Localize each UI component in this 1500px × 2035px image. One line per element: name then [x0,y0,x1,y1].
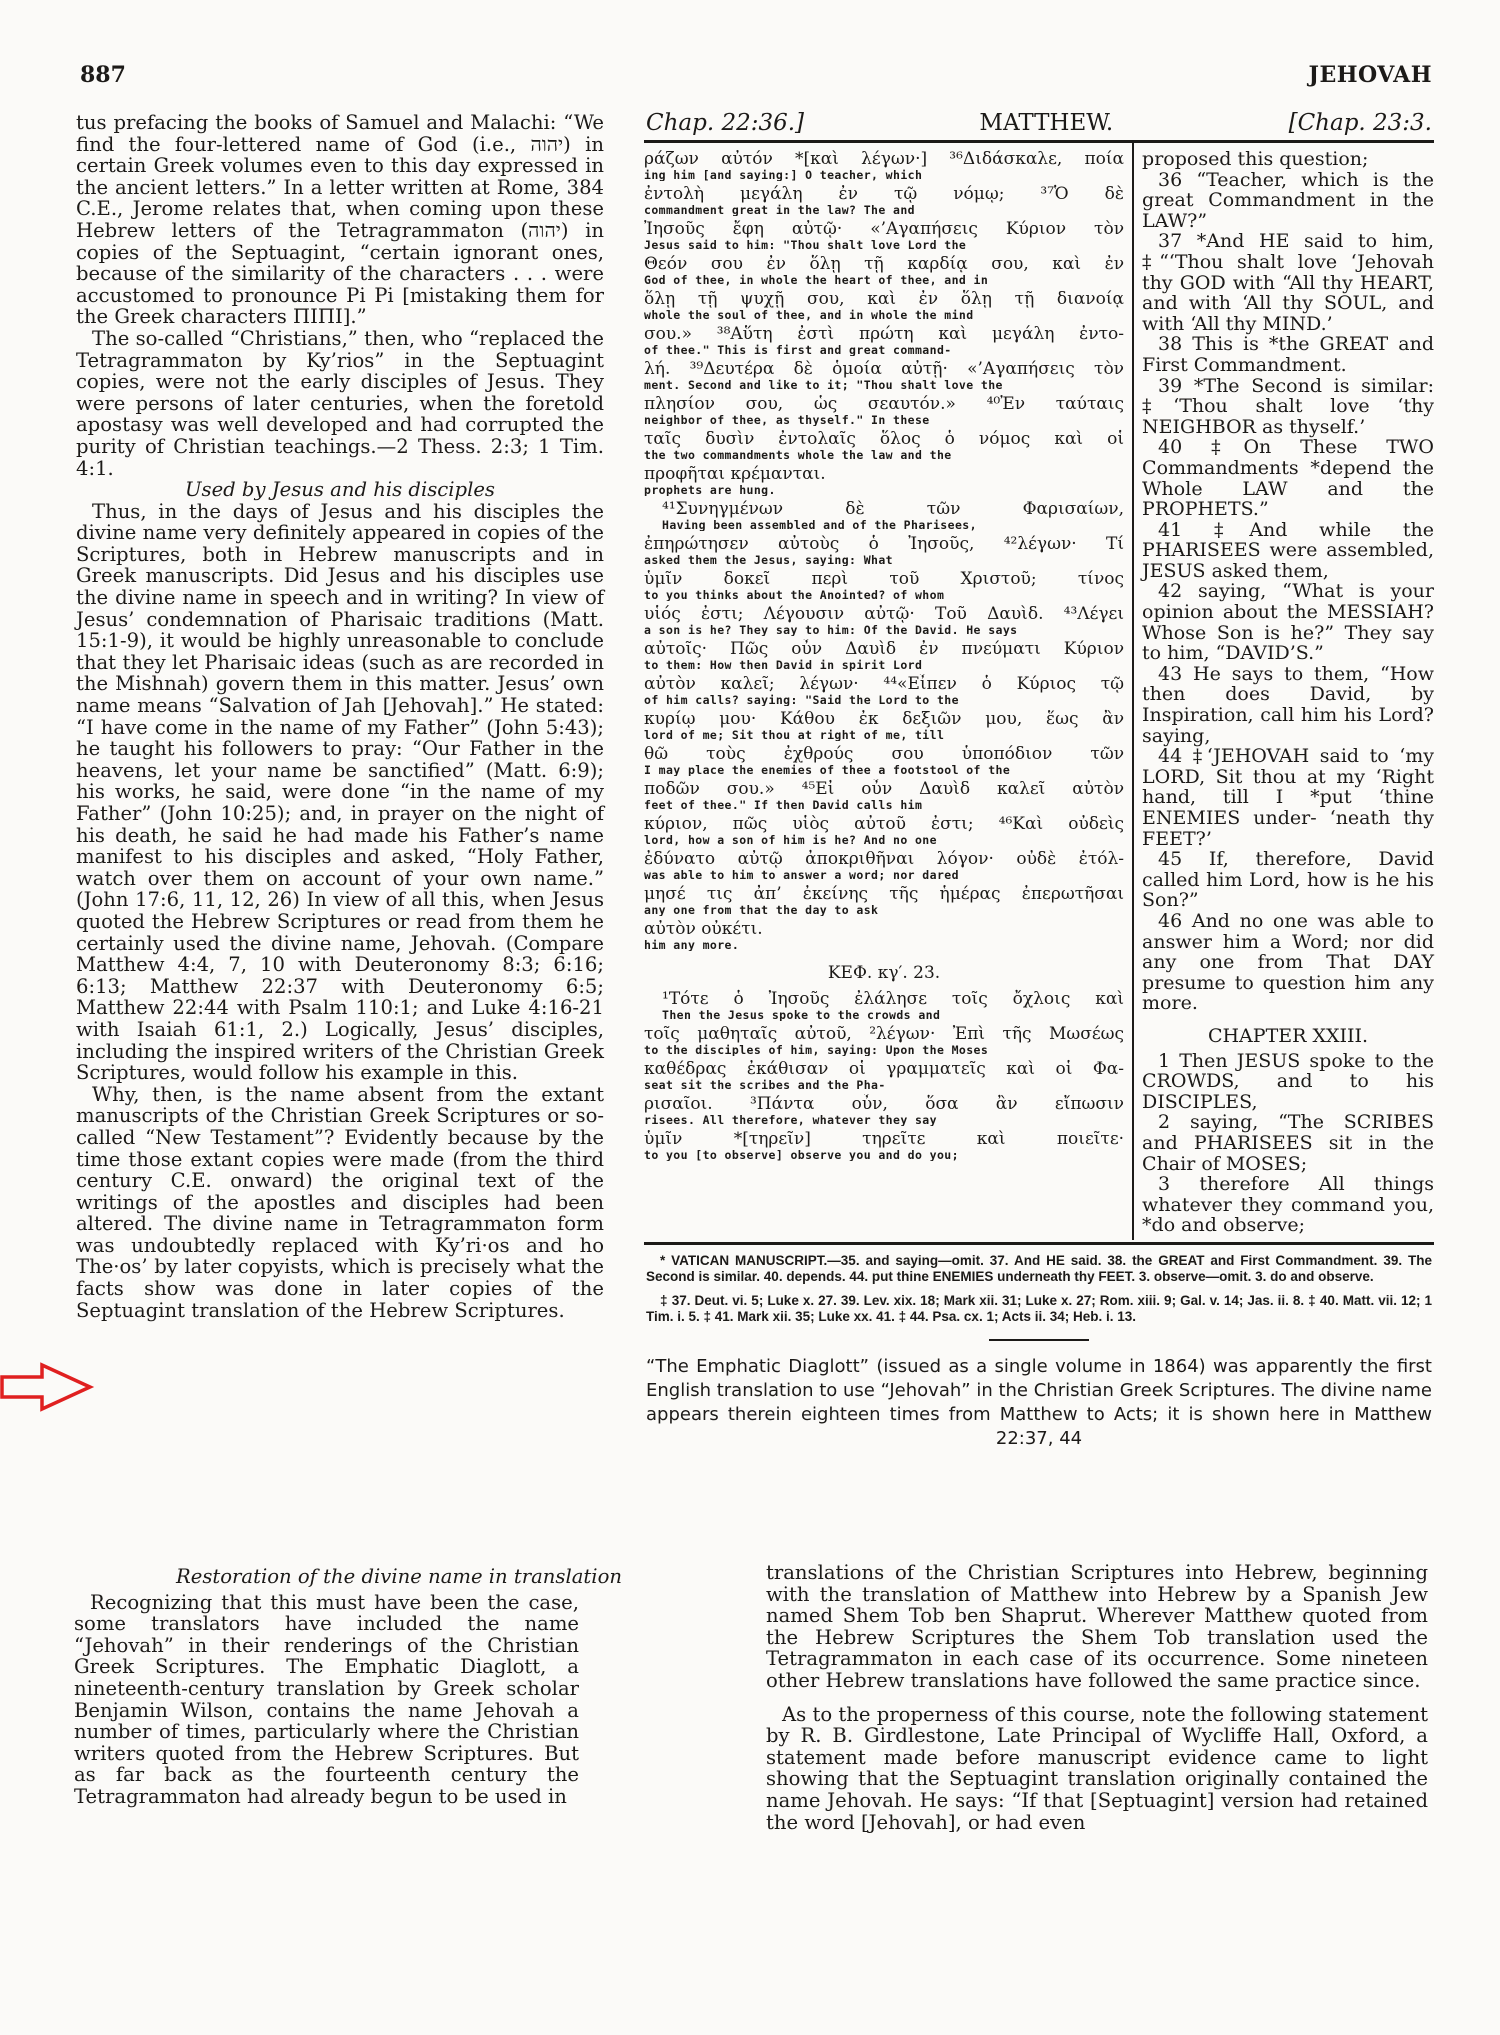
literal-translation: to you thinks about the Anointed? of who… [644,589,1124,601]
verse: 37 *And HE said to him, ‡“‘Thou shalt lo… [1142,231,1434,334]
greek-text: κυρίῳ μου· Κάθου ἐκ δεξιῶν μου, ἕως ἂν [644,709,1124,729]
greek-text: αὐτοῖς· Πῶς οὖν Δαυὶδ ἐν πνεύματι Κύριον [644,639,1124,659]
greek-text: ἐπηρώτησεν αὐτοὺς ὁ Ἰησοῦς, ⁴²λέγων· Τί [644,534,1124,554]
paragraph: The so-called “Christians,” then, who “r… [76,328,604,479]
literal-translation: him any more. [644,939,1124,951]
interlinear-line: προφῆται κρέμανται.prophets are hung. [644,464,1124,496]
interlinear-line: καθέδρας ἐκάθισαν οἱ γραμματεῖς καὶ οἱ Φ… [644,1059,1124,1091]
left-column-bottom: Restoration of the divine name in transl… [74,1566,724,1808]
literal-translation: to the disciples of him, saying: Upon th… [644,1044,1124,1056]
greek-text: ὅλῃ τῇ ψυχῇ σου, καὶ ἐν ὅλῃ τῇ διανοίᾳ [644,289,1124,309]
greek-text: ὑμῖν δοκεῖ περὶ τοῦ Χριστοῦ; τίνος [644,569,1124,589]
interlinear-line: ποδῶν σου.» ⁴⁵Εἰ οὖν Δαυὶδ καλεῖ αὐτὸνfe… [644,779,1124,811]
verse: 41 ‡And while the PHARISEES were assembl… [1142,520,1434,582]
literal-translation: risees. All therefore, whatever they say [644,1114,1124,1126]
interlinear-line: ὑμῖν *[τηρεῖν] τηρεῖτε καὶ ποιεῖτε·to yo… [644,1129,1124,1161]
chapter-ref-left: Chap. 22:36.] [646,110,804,136]
running-head: JEHOVAH [1309,62,1432,88]
section-subheading: Used by Jesus and his disciples [76,479,604,501]
interlinear-line: ταῖς δυσὶν ἐντολαῖς ὅλος ὁ νόμος καὶ οἱt… [644,429,1124,461]
interlinear-line: Θεόν σου ἐν ὅλῃ τῇ καρδίᾳ σου, καὶ ἐνGod… [644,254,1124,286]
literal-translation: any one from that the day to ask [644,904,1124,916]
greek-text: θῶ τοὺς ἐχθρούς σου ὑποπόδιον τῶν [644,744,1124,764]
greek-text: προφῆται κρέμανται. [644,464,1124,484]
literal-translation: seat sit the scribes and the Pha- [644,1079,1124,1091]
greek-text: λή. ³⁹Δευτέρα δὲ ὁμοία αὐτῇ· «’Αγαπήσεις… [644,359,1124,379]
interlinear-column: ράζων αὐτόν *[καὶ λέγων·] ³⁶Διδάσκαλε, π… [644,143,1134,1240]
literal-translation: God of thee, in whole the heart of thee,… [644,274,1124,286]
interlinear-line: ἐδύνατο αὐτῷ ἀποκριθῆναι λόγον· οὐδὲ ἐτό… [644,849,1124,881]
greek-text: ὑμῖν *[τηρεῖν] τηρεῖτε καὶ ποιεῖτε· [644,1129,1124,1149]
greek-text: αὐτὸν καλεῖ; λέγων· ⁴⁴«Εἶπεν ὁ Κύριος τῷ [644,674,1124,694]
literal-translation: was able to him to answer a word; nor da… [644,869,1124,881]
greek-text: ποδῶν σου.» ⁴⁵Εἰ οὖν Δαυὶδ καλεῖ αὐτὸν [644,779,1124,799]
greek-text: υἱός ἐστι; Λέγουσιν αὐτῷ· Τοῦ Δαυὶδ. ⁴³Λ… [644,604,1124,624]
interlinear-line: ἐπηρώτησεν αὐτοὺς ὁ Ἰησοῦς, ⁴²λέγων· Τίa… [644,534,1124,566]
interlinear-line: ἐντολὴ μεγάλη ἐν τῷ νόμῳ; ³⁷Ὁ δὲcommandm… [644,184,1124,216]
diaglott-header: Chap. 22:36.] MATTHEW. [Chap. 23:3. [644,110,1434,143]
literal-translation: of him calls? saying: "Said the Lord to … [644,694,1124,706]
interlinear-line: ρισαῖοι. ³Πάντα οὖν, ὅσα ἂν εἴπωσινrisee… [644,1094,1124,1126]
interlinear-line: πλησίον σου, ὡς σεαυτόν.» ⁴⁰Ἐν ταύταιςne… [644,394,1124,426]
interlinear-line: κύριον, πῶς υἱὸς αὐτοῦ ἐστι; ⁴⁶Καὶ οὐδεὶ… [644,814,1124,846]
verse: 44 ‡‘JEHOVAH said to ‘my LORD, Sit thou … [1142,746,1434,849]
verse: 46 And no one was able to answer him a W… [1142,911,1434,1014]
literal-translation: of thee." This is first and great comman… [644,344,1124,356]
literal-translation: Jesus said to him: "Thou shalt love Lord… [644,239,1124,251]
literal-translation: I may place the enemies of thee a footst… [644,764,1124,776]
interlinear-line: τοῖς μαθηταῖς αὐτοῦ, ²λέγων· Ἐπὶ τῆς Μωσ… [644,1024,1124,1056]
chapter-heading: CHAPTER XXIII. [1142,1026,1434,1047]
literal-translation: prophets are hung. [644,484,1124,496]
verse: 39 *The Second is similar: ‡‘Thou shalt … [1142,376,1434,438]
literal-translation: whole the soul of thee, and in whole the… [644,309,1124,321]
footnotes: * VATICAN MANUSCRIPT.—35. and saying—omi… [644,1242,1434,1325]
greek-text: αὐτὸν οὐκέτι. [644,919,1124,939]
literal-translation: feet of thee." If then David calls him [644,799,1124,811]
interlinear-line: ⁴¹Συνηγμένων δὲ τῶν Φαρισαίων,Having bee… [644,499,1124,531]
verse: 40 ‡On These TWO Commandments *depend th… [1142,437,1434,519]
verse: 45 If, therefore, David called him Lord,… [1142,849,1434,911]
left-column: tus prefacing the books of Samuel and Ma… [76,112,604,1321]
verse: 3 therefore All things whatever they com… [1142,1174,1434,1236]
greek-text: Ἰησοῦς ἔφη αὐτῷ· «’Αγαπήσεις Κύριον τὸν [644,219,1124,239]
interlinear-line: αὐτὸν οὐκέτι.him any more. [644,919,1124,951]
highlighted-paragraph: Why, then, is the name absent from the e… [76,1084,604,1322]
literal-translation: to them: How then David in spirit Lord [644,659,1124,671]
english-column: proposed this question;36 “Teacher, whic… [1134,143,1434,1240]
interlinear-line: λή. ³⁹Δευτέρα δὲ ὁμοία αὐτῇ· «’Αγαπήσεις… [644,359,1124,391]
interlinear-line: μησέ τις ἀπ’ ἐκείνης τῆς ἡμέρας ἐπερωτῆσ… [644,884,1124,916]
greek-text: ράζων αὐτόν *[καὶ λέγων·] ³⁶Διδάσκαλε, π… [644,149,1124,169]
red-arrow-icon [0,1362,96,1412]
literal-translation: Having been assembled and of the Pharise… [644,519,1124,531]
literal-translation: neighbor of thee, as thyself." In these [644,414,1124,426]
literal-translation: the two commandments whole the law and t… [644,449,1124,461]
image-caption: “The Emphatic Diaglott” (issued as a sin… [644,1355,1434,1451]
greek-text: κύριον, πῶς υἱὸς αὐτοῦ ἐστι; ⁴⁶Καὶ οὐδεὶ… [644,814,1124,834]
literal-translation: to you [to observe] observe you and do y… [644,1149,1124,1161]
interlinear-line: ¹Τότε ὁ Ἰησοῦς ἐλάλησε τοῖς ὄχλοις καὶTh… [644,989,1124,1021]
greek-text: πλησίον σου, ὡς σεαυτόν.» ⁴⁰Ἐν ταύταις [644,394,1124,414]
literal-translation: Then the Jesus spoke to the crowds and [644,1009,1124,1021]
literal-translation: lord of me; Sit thou at right of me, til… [644,729,1124,741]
interlinear-line: Ἰησοῦς ἔφη αὐτῷ· «’Αγαπήσεις Κύριον τὸνJ… [644,219,1124,251]
chapter-ref-right: [Chap. 23:3. [1289,110,1432,136]
paragraph: translations of the Christian Scriptures… [766,1562,1428,1692]
paragraph: tus prefacing the books of Samuel and Ma… [76,112,604,328]
verse: 36 “Teacher, which is the great Commandm… [1142,170,1434,232]
section-subheading: Restoration of the divine name in transl… [74,1566,724,1588]
greek-text: ἐντολὴ μεγάλη ἐν τῷ νόμῳ; ³⁷Ὁ δὲ [644,184,1124,204]
footnote-references: ‡ 37. Deut. vi. 5; Luke x. 27. 39. Lev. … [646,1293,1432,1325]
greek-chapter-heading: ΚΕΦ. κγ′. 23. [644,963,1124,983]
paragraph: Thus, in the days of Jesus and his disci… [76,501,604,1084]
literal-translation: lord, how a son of him is he? And no one [644,834,1124,846]
greek-text: ρισαῖοι. ³Πάντα οὖν, ὅσα ἂν εἴπωσιν [644,1094,1124,1114]
literal-translation: a son is he? They say to him: Of the Dav… [644,624,1124,636]
greek-text: ταῖς δυσὶν ἐντολαῖς ὅλος ὁ νόμος καὶ οἱ [644,429,1124,449]
interlinear-line: αὐτὸν καλεῖ; λέγων· ⁴⁴«Εἶπεν ὁ Κύριος τῷ… [644,674,1124,706]
footnote-vatican: * VATICAN MANUSCRIPT.—35. and saying—omi… [646,1253,1432,1285]
verse: 2 saying, “The SCRIBES and PHARISEES sit… [1142,1112,1434,1174]
paragraph: Recognizing that this must have been the… [74,1592,579,1808]
right-column: translations of the Christian Scriptures… [766,1562,1428,1845]
interlinear-line: ὅλῃ τῇ ψυχῇ σου, καὶ ἐν ὅλῃ τῇ διανοίᾳwh… [644,289,1124,321]
greek-text: ⁴¹Συνηγμένων δὲ τῶν Φαρισαίων, [644,499,1124,519]
page-number: 887 [80,62,126,88]
verse: 43 He says to them, “How then does David… [1142,664,1434,746]
greek-text: Θεόν σου ἐν ὅλῃ τῇ καρδίᾳ σου, καὶ ἐν [644,254,1124,274]
literal-translation: commandment great in the law? The and [644,204,1124,216]
verse: 38 This is *the GREAT and First Commandm… [1142,334,1434,375]
greek-text: καθέδρας ἐκάθισαν οἱ γραμματεῖς καὶ οἱ Φ… [644,1059,1124,1079]
interlinear-line: υἱός ἐστι; Λέγουσιν αὐτῷ· Τοῦ Δαυὶδ. ⁴³Λ… [644,604,1124,636]
paragraph: As to the properness of this course, not… [766,1704,1428,1834]
interlinear-line: ὑμῖν δοκεῖ περὶ τοῦ Χριστοῦ; τίνοςto you… [644,569,1124,601]
interlinear-line: αὐτοῖς· Πῶς οὖν Δαυὶδ ἐν πνεύματι Κύριον… [644,639,1124,671]
literal-translation: ment. Second and like to it; "Thou shalt… [644,379,1124,391]
book-title: MATTHEW. [979,110,1113,136]
interlinear-line: κυρίῳ μου· Κάθου ἐκ δεξιῶν μου, ἕως ἂνlo… [644,709,1124,741]
greek-text: ¹Τότε ὁ Ἰησοῦς ἐλάλησε τοῖς ὄχλοις καὶ [644,989,1124,1009]
interlinear-line: θῶ τοὺς ἐχθρούς σου ὑποπόδιον τῶνI may p… [644,744,1124,776]
greek-text: μησέ τις ἀπ’ ἐκείνης τῆς ἡμέρας ἐπερωτῆσ… [644,884,1124,904]
divider [989,1339,1089,1341]
greek-text: ἐδύνατο αὐτῷ ἀποκριθῆναι λόγον· οὐδὲ ἐτό… [644,849,1124,869]
literal-translation: asked them the Jesus, saying: What [644,554,1124,566]
greek-text: σου.» ³⁸Αὕτη ἐστὶ πρώτη καὶ μεγάλη ἐντο- [644,324,1124,344]
interlinear-line: σου.» ³⁸Αὕτη ἐστὶ πρώτη καὶ μεγάλη ἐντο-… [644,324,1124,356]
diaglott-facsimile: Chap. 22:36.] MATTHEW. [Chap. 23:3. ράζω… [644,110,1434,1451]
verse: proposed this question; [1142,149,1434,170]
literal-translation: ing him [and saying:] O teacher, which [644,169,1124,181]
interlinear-line: ράζων αὐτόν *[καὶ λέγων·] ³⁶Διδάσκαλε, π… [644,149,1124,181]
greek-text: τοῖς μαθηταῖς αὐτοῦ, ²λέγων· Ἐπὶ τῆς Μωσ… [644,1024,1124,1044]
verse: 42 saying, “What is your opinion about t… [1142,581,1434,663]
verse: 1 Then JESUS spoke to the CROWDS, and to… [1142,1051,1434,1113]
